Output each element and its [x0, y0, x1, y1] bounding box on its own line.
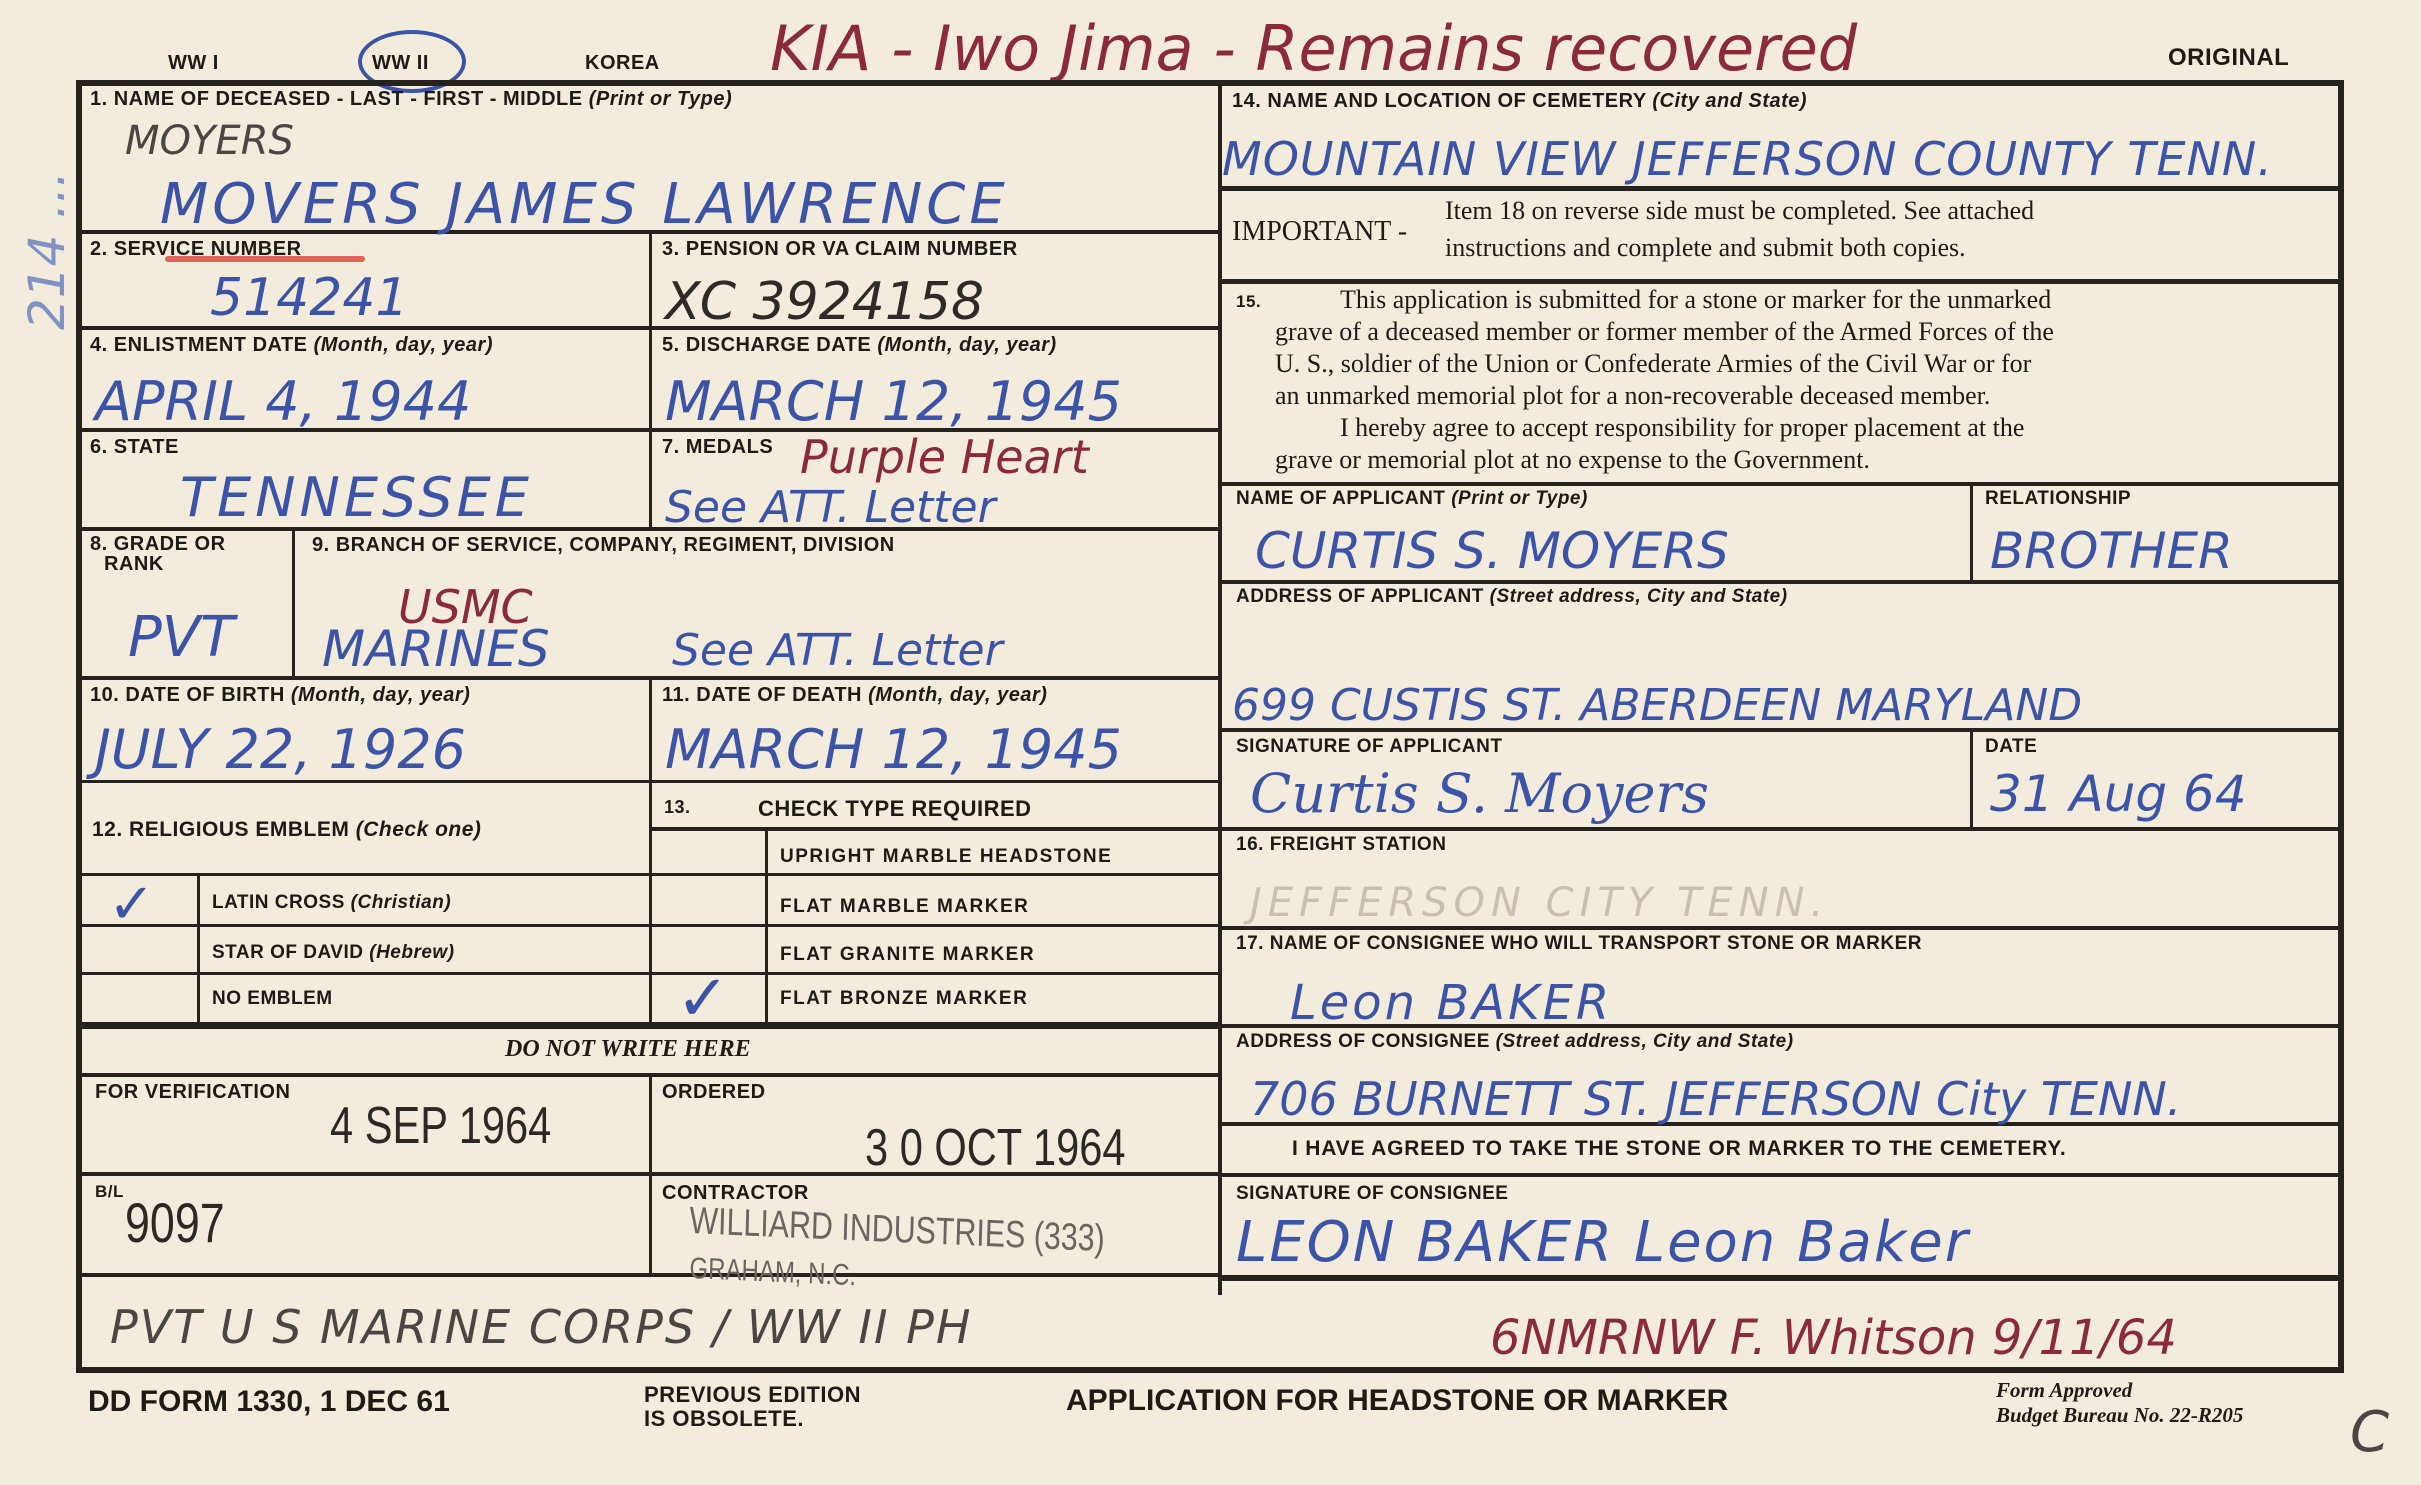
service-number-field[interactable]: 514241 — [210, 268, 409, 328]
flat-bronze-check[interactable]: ✓ — [676, 962, 730, 1036]
cemetery-field[interactable]: MOUNTAIN VIEW JEFFERSON COUNTY TENN. — [1222, 132, 2273, 186]
consignee-name-field[interactable]: Leon BAKER — [1290, 975, 1612, 1031]
consignee-address-field[interactable]: 706 BURNETT ST. JEFFERSON City TENN. — [1250, 1072, 2181, 1126]
copy-label: ORIGINAL — [2168, 44, 2289, 72]
applicant-signature-field[interactable]: Curtis S. Moyers — [1250, 762, 1709, 825]
field-15-num: 15. — [1236, 292, 1261, 312]
marker-option-flat-bronze[interactable]: FLAT BRONZE MARKER — [780, 988, 1028, 1010]
field-11-label: 11. DATE OF DEATH (Month, day, year) — [662, 684, 1047, 707]
applicant-signature-label: SIGNATURE OF APPLICANT — [1236, 736, 1502, 758]
form-title: APPLICATION FOR HEADSTONE OR MARKER — [1066, 1384, 1728, 1418]
verification-label: FOR VERIFICATION — [95, 1081, 290, 1104]
relationship-field[interactable]: BROTHER — [1990, 522, 2233, 580]
field-13-num: 13. — [664, 797, 691, 818]
field-17-label: 17. NAME OF CONSIGNEE WHO WILL TRANSPORT… — [1236, 933, 1922, 955]
ordered-label: ORDERED — [662, 1081, 766, 1104]
consignee-signature-label: SIGNATURE OF CONSIGNEE — [1236, 1183, 1508, 1205]
margin-note: 214 ... — [18, 171, 76, 330]
field-13-label: CHECK TYPE REQUIRED — [758, 796, 1032, 822]
field-16-label: 16. FREIGHT STATION — [1236, 834, 1446, 856]
freight-station-field[interactable]: JEFFERSON CITY TENN. — [1250, 880, 1829, 926]
applicant-address-field[interactable]: 699 CUSTIS ST. ABERDEEN MARYLAND — [1232, 680, 2082, 731]
branch-detail-field[interactable]: See ATT. Letter — [672, 625, 1003, 676]
applicant-date-label: DATE — [1985, 736, 2037, 758]
marker-option-flat-marble[interactable]: FLAT MARBLE MARKER — [780, 896, 1029, 918]
important-line2: instructions and complete and submit bot… — [1445, 233, 1966, 263]
emblem-option-latin-cross[interactable]: LATIN CROSS (Christian) — [212, 892, 451, 914]
field-7-label: 7. MEDALS — [662, 436, 773, 459]
field-1-label: 1. NAME OF DECEASED - LAST - FIRST - MID… — [90, 88, 732, 111]
important-line1: Item 18 on reverse side must be complete… — [1445, 196, 2034, 226]
ordered-date-stamp: 3 0 OCT 1964 — [865, 1118, 1126, 1178]
red-underline-mark — [165, 256, 365, 262]
field-9-label: 9. BRANCH OF SERVICE, COMPANY, REGIMENT,… — [312, 534, 895, 557]
applicant-name-field[interactable]: CURTIS S. MOYERS — [1255, 522, 1729, 580]
inscription-text: PVT U S MARINE CORPS / WW II PH — [110, 1300, 972, 1354]
field-1-pencil-note: MOYERS — [125, 118, 294, 164]
marker-option-upright-marble[interactable]: UPRIGHT MARBLE HEADSTONE — [780, 846, 1112, 868]
discharge-date-field[interactable]: MARCH 12, 1945 — [665, 370, 1122, 433]
field-6-label: 6. STATE — [90, 436, 179, 459]
verification-date-stamp: 4 SEP 1964 — [330, 1096, 551, 1156]
contractor-stamp-line2: GRAHAM, N.C. — [689, 1252, 857, 1293]
deceased-name-field[interactable]: MOVERS JAMES LAWRENCE — [160, 172, 1009, 237]
emblem-option-star-of-david[interactable]: STAR OF DAVID (Hebrew) — [212, 942, 455, 964]
field-8-label: 8. GRADE ORRANK — [90, 534, 226, 574]
applicant-date-field[interactable]: 31 Aug 64 — [1990, 765, 2247, 823]
field-10-label: 10. DATE OF BIRTH (Month, day, year) — [90, 684, 470, 707]
birth-date-field[interactable]: JULY 22, 1926 — [95, 718, 466, 781]
do-not-write-title: DO NOT WRITE HERE — [505, 1036, 751, 1063]
corner-mark: C — [2350, 1400, 2389, 1465]
applicant-address-label: ADDRESS OF APPLICANT (Street address, Ci… — [1236, 586, 1788, 608]
bl-label: B/L — [95, 1182, 124, 1202]
important-label: IMPORTANT - — [1232, 216, 1407, 248]
previous-edition-note: PREVIOUS EDITION IS OBSOLETE. — [644, 1383, 861, 1431]
consignee-agreement: I HAVE AGREED TO TAKE THE STONE OR MARKE… — [1292, 1137, 2066, 1161]
grade-field[interactable]: PVT — [128, 605, 234, 670]
branch-field[interactable]: MARINES — [322, 620, 550, 678]
field-3-label: 3. PENSION OR VA CLAIM NUMBER — [662, 238, 1018, 261]
bl-number-stamp: 9097 — [125, 1190, 225, 1255]
field-12-label: 12. RELIGIOUS EMBLEM (Check one) — [92, 818, 481, 842]
medals-field[interactable]: See ATT. Letter — [665, 482, 996, 533]
form-id: DD FORM 1330, 1 DEC 61 — [88, 1385, 450, 1419]
death-date-field[interactable]: MARCH 12, 1945 — [665, 718, 1122, 781]
kia-annotation: KIA - Iwo Jima - Remains recovered — [770, 12, 1857, 85]
field-15-statement: This application is submitted for a ston… — [1275, 284, 2054, 476]
applicant-name-label: NAME OF APPLICANT (Print or Type) — [1236, 488, 1588, 510]
consignee-signature-field[interactable]: LEON BAKER Leon Baker — [1236, 1210, 1970, 1275]
claim-number-field[interactable]: XC 3924158 — [665, 272, 984, 332]
enlistment-date-field[interactable]: APRIL 4, 1944 — [95, 370, 471, 433]
state-field[interactable]: TENNESSEE — [180, 466, 533, 529]
relationship-label: RELATIONSHIP — [1985, 488, 2131, 510]
war-option-ww1[interactable]: WW I — [168, 52, 219, 75]
latin-cross-check[interactable]: ✓ — [108, 872, 155, 937]
field-14-label: 14. NAME AND LOCATION OF CEMETERY (City … — [1232, 90, 1807, 113]
form-approved-note: Form Approved Budget Bureau No. 22-R205 — [1996, 1378, 2243, 1428]
medals-annotation: Purple Heart — [800, 430, 1089, 484]
field-4-label: 4. ENLISTMENT DATE (Month, day, year) — [90, 334, 493, 357]
marker-option-flat-granite[interactable]: FLAT GRANITE MARKER — [780, 944, 1035, 966]
war-option-korea[interactable]: KOREA — [585, 52, 660, 75]
emblem-option-none[interactable]: NO EMBLEM — [212, 988, 333, 1010]
consignee-address-label: ADDRESS OF CONSIGNEE (Street address, Ci… — [1236, 1031, 1794, 1053]
field-5-label: 5. DISCHARGE DATE (Month, day, year) — [662, 334, 1057, 357]
verification-annotation: 6NMRNW F. Whitson 9/11/64 — [1490, 1310, 2177, 1366]
